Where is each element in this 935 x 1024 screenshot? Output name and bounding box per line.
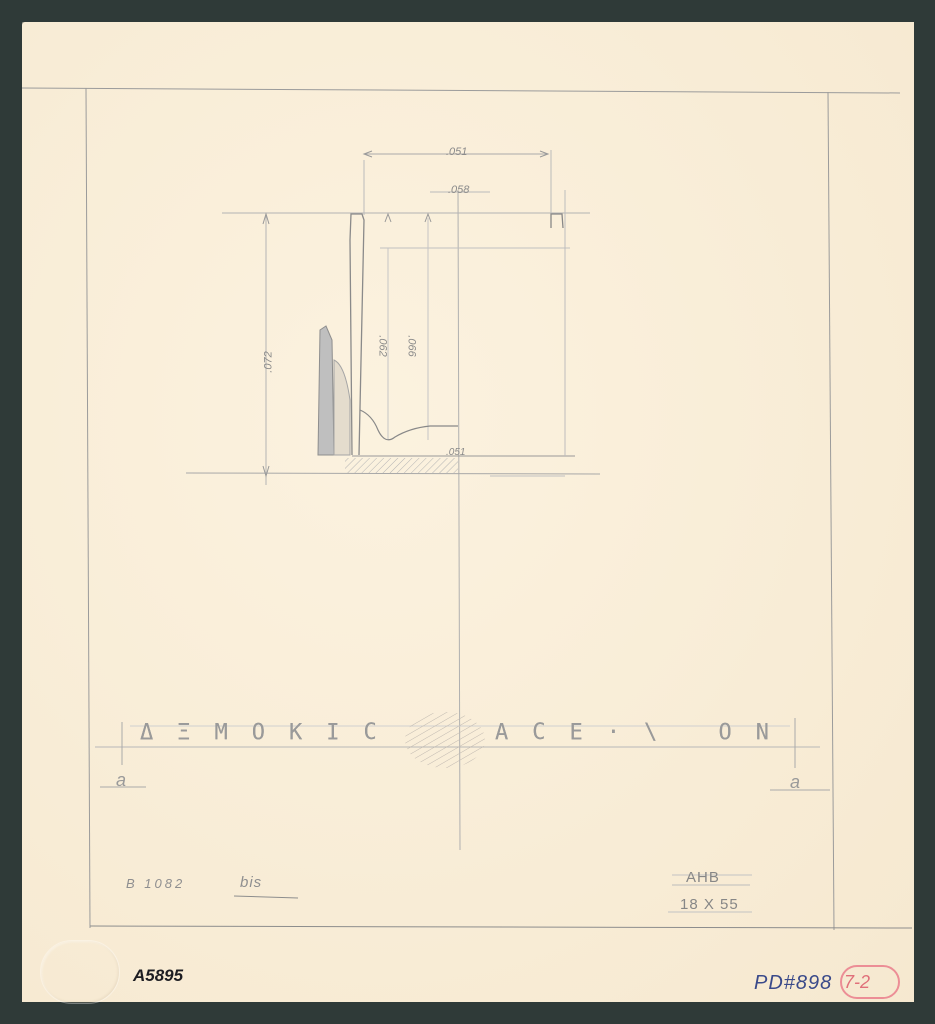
dimension-inner-height-2: .066	[406, 335, 418, 356]
dimension-left-height: .072	[263, 351, 275, 372]
frame-top-line	[22, 88, 900, 93]
author-initials: AHB	[686, 869, 720, 886]
pd-sub-number: 7-2	[844, 972, 870, 993]
frame-left-line	[86, 88, 90, 928]
inscription-right: ΑCΕ·\ ΟΝ	[495, 720, 793, 745]
catalog-reference: B 1082	[126, 876, 185, 891]
catalog-suffix: bis	[240, 874, 262, 891]
inventory-number: A5895	[133, 966, 183, 986]
inscription-left: ΔΞΜΟΚΙC	[140, 720, 401, 745]
drawing-date: 18 X 55	[680, 896, 739, 913]
damaged-area-hatch	[405, 712, 485, 768]
line-marker-left: a	[116, 770, 126, 791]
pd-number: PD#898	[754, 972, 832, 995]
frame-right-line	[828, 92, 834, 930]
dimension-top-inner: .058	[448, 184, 469, 196]
frame-bottom-line	[90, 926, 912, 928]
dimension-bottom-width: .051	[446, 447, 465, 458]
technical-drawing	[0, 0, 935, 1024]
dimension-inner-height-1: .062	[377, 335, 389, 356]
dimension-top-outer: .051	[446, 146, 467, 158]
line-marker-right: a	[790, 772, 800, 793]
